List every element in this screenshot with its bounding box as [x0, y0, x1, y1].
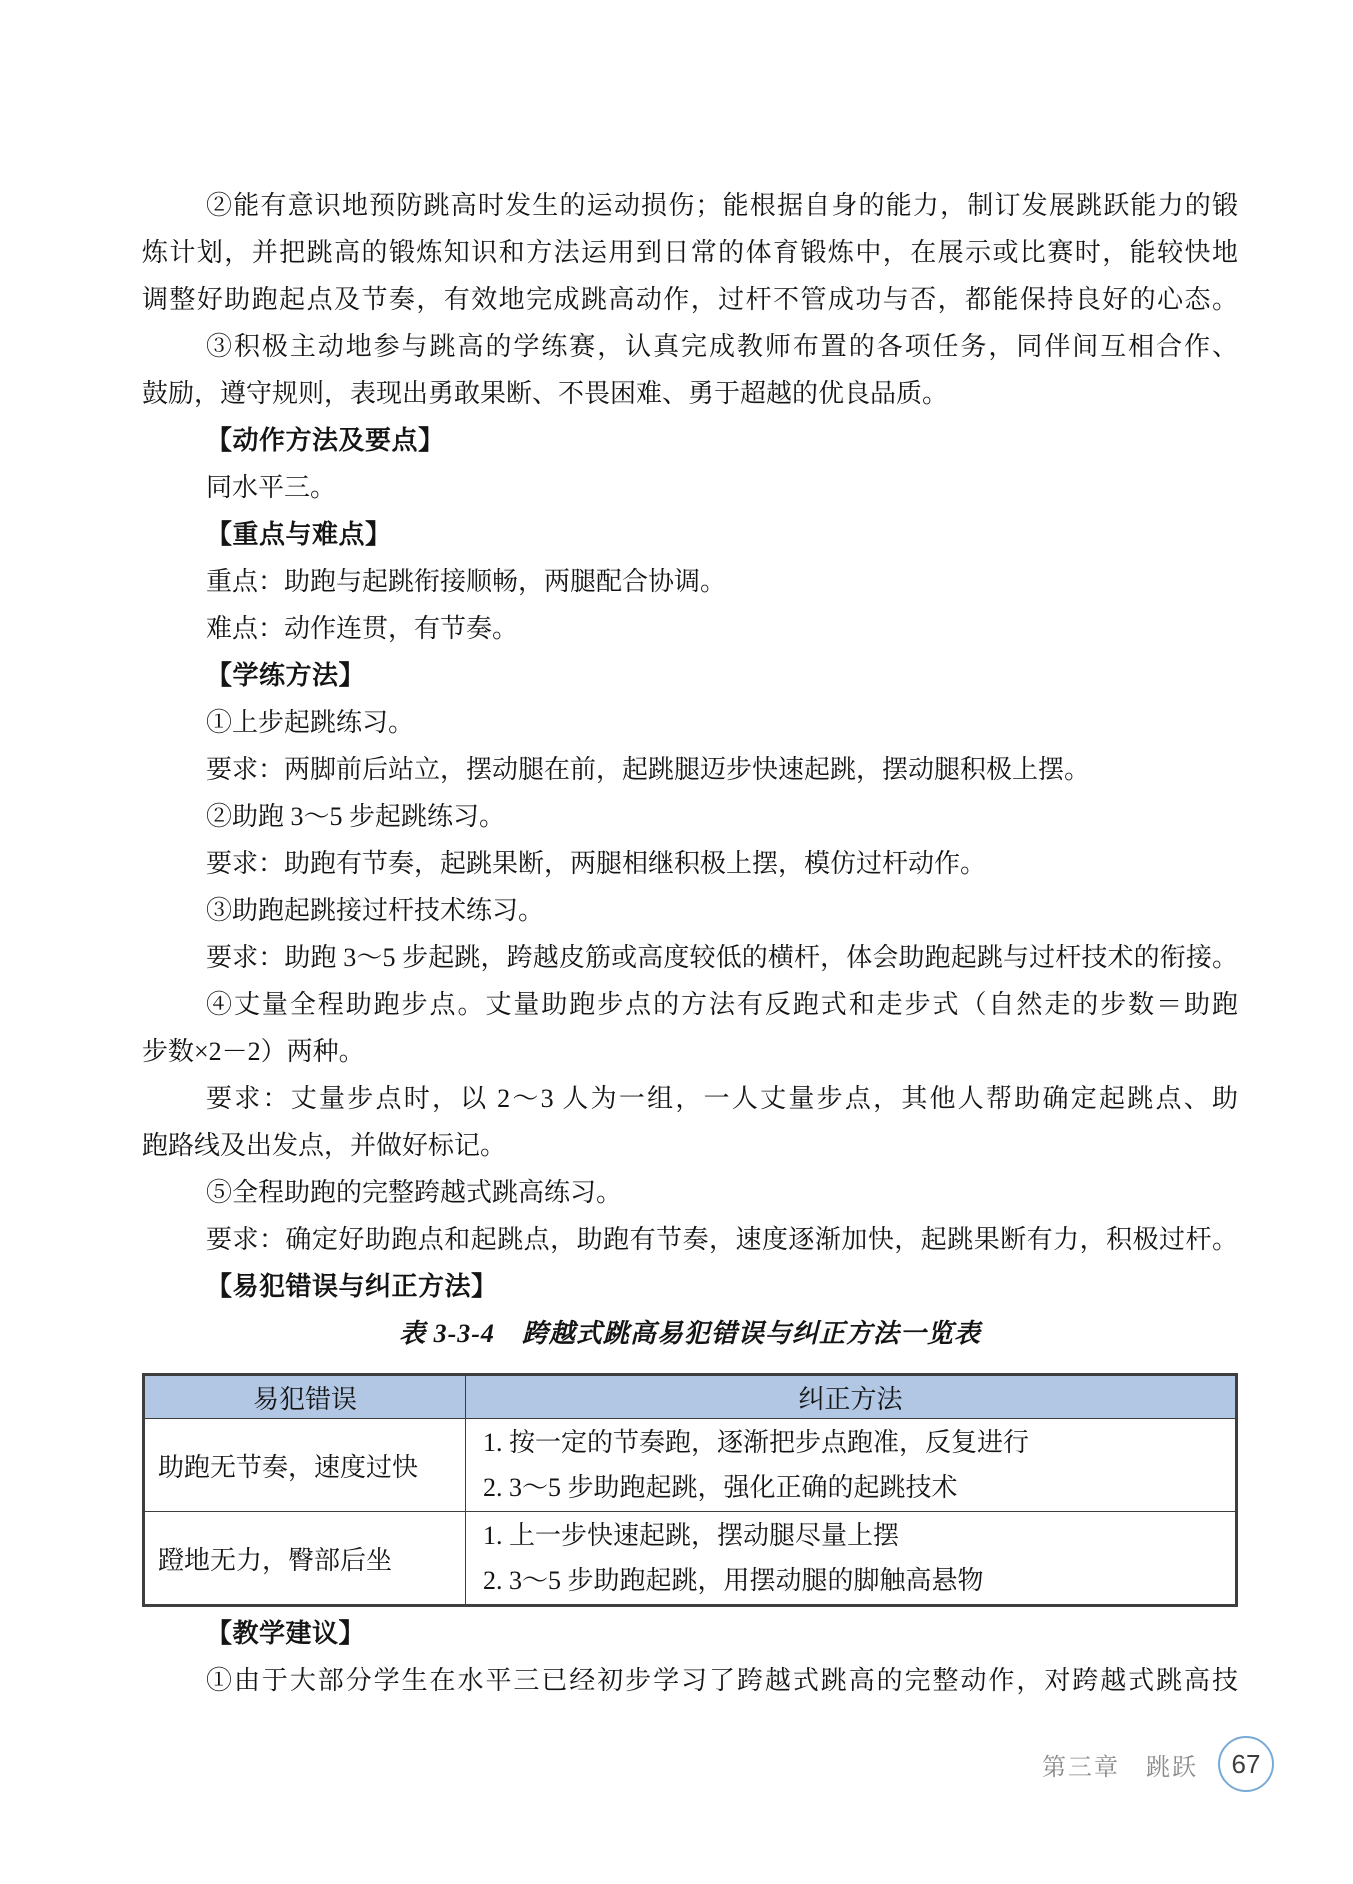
heading-practice-methods: 【学练方法】	[142, 652, 1238, 699]
table-row: 助跑无节奏，速度过快 1. 按一定的节奏跑，逐渐把步点跑准，反复进行 2. 3～…	[144, 1419, 1237, 1512]
table-header-correction: 纠正方法	[466, 1375, 1237, 1419]
page-content: ②能有意识地预防跳高时发生的运动损伤；能根据自身的能力，制订发展跳跃能力的锻 炼…	[142, 182, 1238, 1704]
paragraph-line: 调整好助跑起点及节奏，有效地完成跳高动作，过杆不管成功与否，都能保持良好的心态。	[142, 276, 1238, 323]
paragraph-line: ③积极主动地参与跳高的学练赛，认真完成教师布置的各项任务，同伴间互相合作、	[142, 323, 1238, 370]
page-footer: 第三章 跳跃 67	[0, 1736, 1353, 1792]
paragraph-line: 步数×2－2）两种。	[142, 1028, 1238, 1075]
paragraph-line: 同水平三。	[142, 464, 1238, 511]
paragraph-line: 要求：两脚前后站立，摆动腿在前，起跳腿迈步快速起跳，摆动腿积极上摆。	[142, 746, 1238, 793]
correction-item: 2. 3～5 步助跑起跳，用摆动腿的脚触高悬物	[483, 1558, 1227, 1603]
paragraph-line: 跑路线及出发点，并做好标记。	[142, 1122, 1238, 1169]
paragraph-line: ⑤全程助跑的完整跨越式跳高练习。	[142, 1169, 1238, 1216]
paragraph-line: 重点：助跑与起跳衔接顺畅，两腿配合协调。	[142, 558, 1238, 605]
paragraph-line: ②能有意识地预防跳高时发生的运动损伤；能根据自身的能力，制订发展跳跃能力的锻	[142, 182, 1238, 229]
paragraph-line: ②助跑 3～5 步起跳练习。	[142, 793, 1238, 840]
page-number-badge: 67	[1218, 1736, 1274, 1792]
paragraph-line: ③助跑起跳接过杆技术练习。	[142, 887, 1238, 934]
paragraph-line: 炼计划，并把跳高的锻炼知识和方法运用到日常的体育锻炼中，在展示或比赛时，能较快地	[142, 229, 1238, 276]
paragraph-line: 要求：确定好助跑点和起跳点，助跑有节奏，速度逐渐加快，起跳果断有力，积极过杆。	[142, 1216, 1238, 1263]
heading-action-methods-and-points: 【动作方法及要点】	[142, 417, 1238, 464]
correction-item: 2. 3～5 步助跑起跳，强化正确的起跳技术	[483, 1465, 1227, 1510]
paragraph-line: 要求：助跑 3～5 步起跳，跨越皮筋或高度较低的横杆，体会助跑起跳与过杆技术的衔…	[142, 934, 1238, 981]
correction-cell: 1. 上一步快速起跳，摆动腿尽量上摆 2. 3～5 步助跑起跳，用摆动腿的脚触高…	[466, 1512, 1237, 1606]
table-row: 蹬地无力，臀部后坐 1. 上一步快速起跳，摆动腿尽量上摆 2. 3～5 步助跑起…	[144, 1512, 1237, 1606]
chapter-label: 第三章 跳跃	[1042, 1747, 1198, 1782]
heading-common-errors-and-corrections: 【易犯错误与纠正方法】	[142, 1263, 1238, 1310]
table-caption: 表 3-3-4 跨越式跳高易犯错误与纠正方法一览表	[142, 1310, 1238, 1357]
common-errors-table: 易犯错误 纠正方法 助跑无节奏，速度过快 1. 按一定的节奏跑，逐渐把步点跑准，…	[142, 1373, 1238, 1607]
correction-item: 1. 按一定的节奏跑，逐渐把步点跑准，反复进行	[483, 1420, 1227, 1465]
correction-item: 1. 上一步快速起跳，摆动腿尽量上摆	[483, 1513, 1227, 1558]
heading-key-and-difficult-points: 【重点与难点】	[142, 511, 1238, 558]
paragraph-line: 要求：丈量步点时，以 2～3 人为一组，一人丈量步点，其他人帮助确定起跳点、助	[142, 1075, 1238, 1122]
table-header-error: 易犯错误	[144, 1375, 466, 1419]
table-header-row: 易犯错误 纠正方法	[144, 1375, 1237, 1419]
error-cell: 助跑无节奏，速度过快	[144, 1419, 466, 1512]
paragraph-line: ①上步起跳练习。	[142, 699, 1238, 746]
paragraph-line: 难点：动作连贯，有节奏。	[142, 605, 1238, 652]
error-cell: 蹬地无力，臀部后坐	[144, 1512, 466, 1606]
paragraph-line: 要求：助跑有节奏，起跳果断，两腿相继积极上摆，模仿过杆动作。	[142, 840, 1238, 887]
correction-cell: 1. 按一定的节奏跑，逐渐把步点跑准，反复进行 2. 3～5 步助跑起跳，强化正…	[466, 1419, 1237, 1512]
paragraph-line: ④丈量全程助跑步点。丈量助跑步点的方法有反跑式和走步式（自然走的步数＝助跑	[142, 981, 1238, 1028]
heading-teaching-suggestions: 【教学建议】	[142, 1610, 1238, 1657]
paragraph-line: 鼓励，遵守规则，表现出勇敢果断、不畏困难、勇于超越的优良品质。	[142, 370, 1238, 417]
paragraph-line: ①由于大部分学生在水平三已经初步学习了跨越式跳高的完整动作，对跨越式跳高技	[142, 1657, 1238, 1704]
